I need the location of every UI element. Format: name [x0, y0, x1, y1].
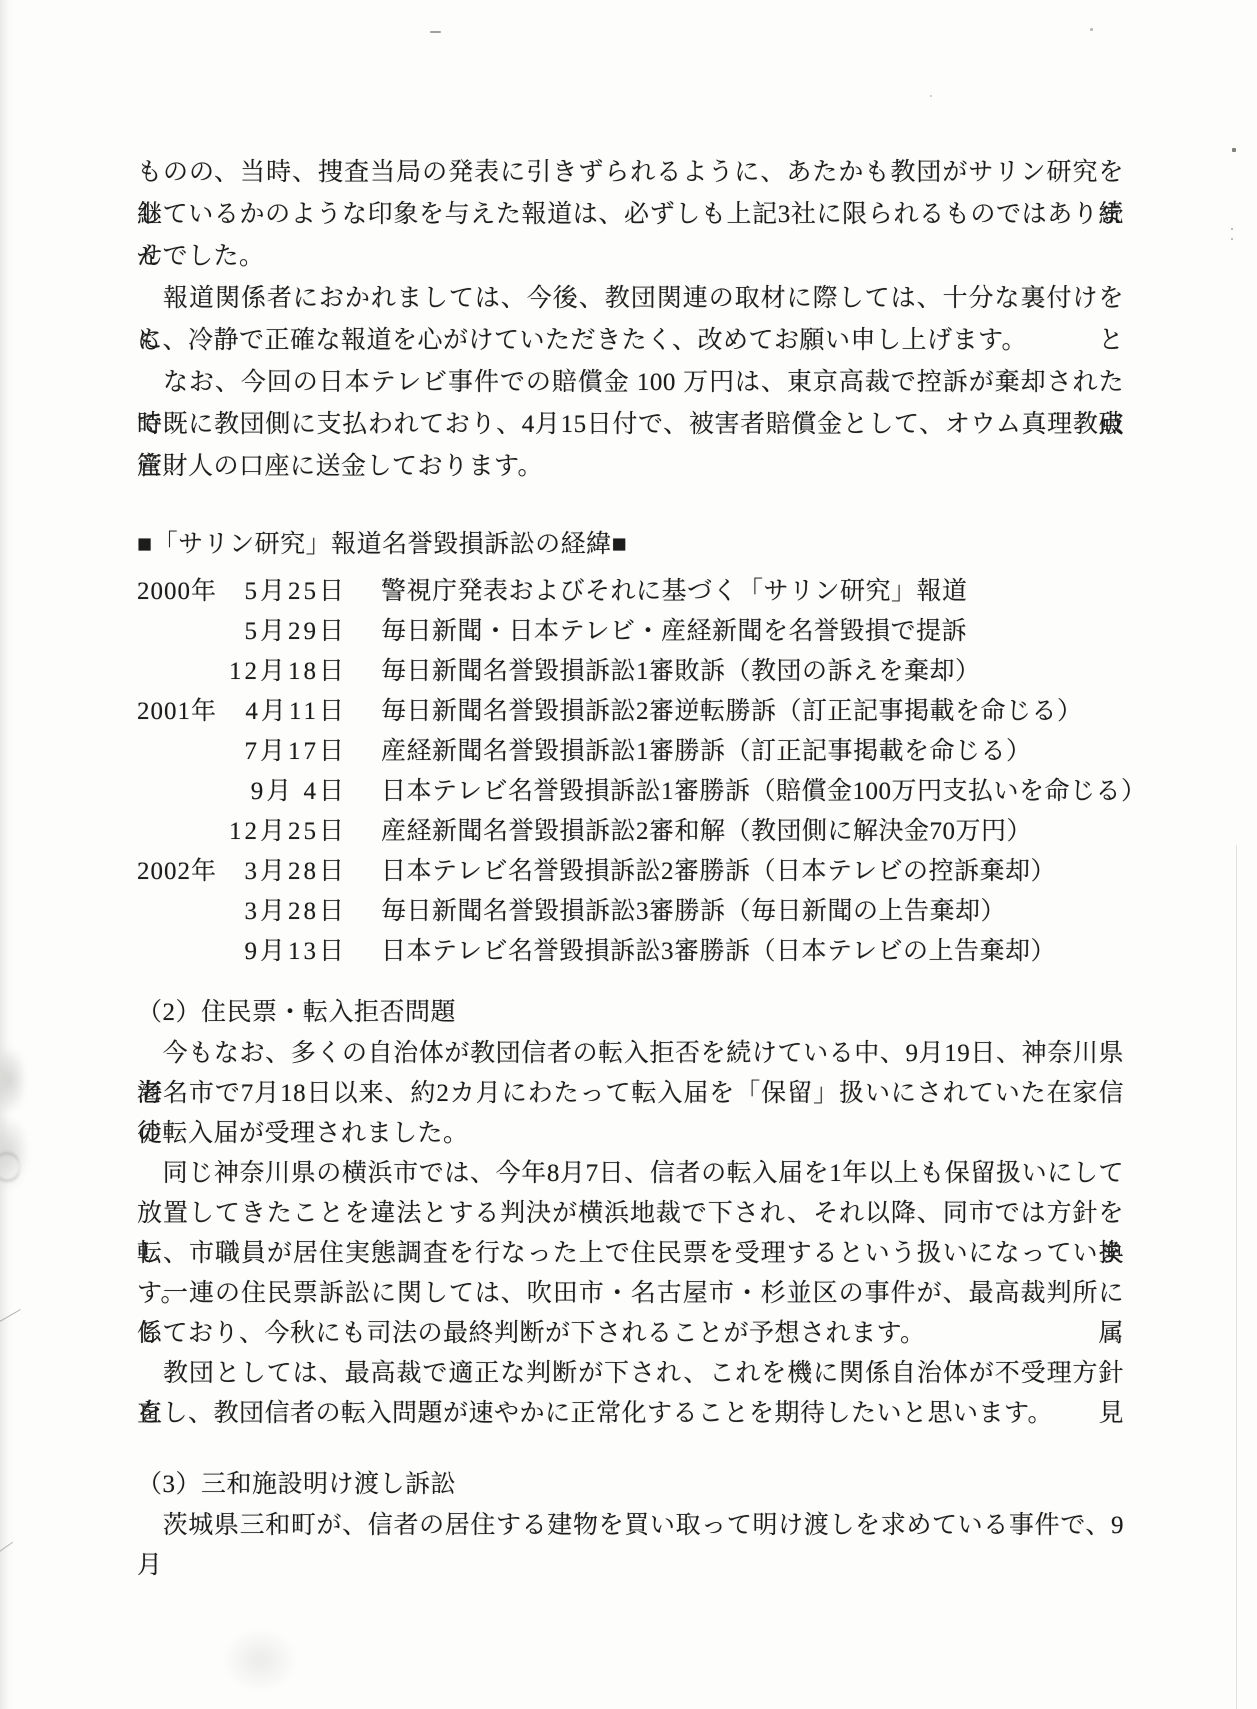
scan-edge-shadow	[0, 0, 14, 1709]
text-line: 直し、教団信者の転入問題が速やかに正常化することを期待したいと思います。	[137, 1394, 1124, 1434]
scan-smudge	[0, 1150, 20, 1184]
spacer	[137, 1434, 1124, 1464]
spacer	[137, 488, 1124, 524]
scan-speck	[1232, 148, 1236, 152]
timeline-row: 2002年3月28日日本テレビ名誉毀損訴訟2審勝訴（日本テレビの控訴棄却）	[137, 852, 1124, 892]
lawsuit-timeline: 2000年5月25日警視庁発表およびそれに基づく「サリン研究」報道5月29日毎日…	[137, 572, 1124, 972]
text-line: しているかのような印象を与えた報道は、必ずしも上記3社に限られるものではありませ	[137, 194, 1124, 236]
document-content: ものの、当時、捜査当局の発表に引きずられるように、あたかも教団がサリン研究を継続…	[137, 152, 1124, 1546]
timeline-event: 日本テレビ名誉毀損訴訟3審勝訴（日本テレビの上告棄却）	[347, 932, 1124, 972]
timeline-year	[137, 812, 219, 852]
intro-paragraphs: ものの、当時、捜査当局の発表に引きずられるように、あたかも教団がサリン研究を継続…	[137, 152, 1124, 488]
scan-scratch	[0, 1542, 13, 1553]
timeline-date: 4月11日	[219, 692, 347, 732]
text-line: ものの、当時、捜査当局の発表に引きずられるように、あたかも教団がサリン研究を継続	[137, 152, 1124, 194]
sanwa-facility-paragraphs: 茨城県三和町が、信者の居住する建物を買い取って明け渡しを求めている事件で、9月	[137, 1506, 1124, 1546]
timeline-row: 5月29日毎日新聞・日本テレビ・産経新聞を名誉毀損で提訴	[137, 612, 1124, 652]
timeline-row: 7月17日産経新聞名誉毀損訴訟1審勝訴（訂正記事掲載を命じる）	[137, 732, 1124, 772]
text-line: 報道関係者におかれましては、今後、教団関連の取材に際しては、十分な裏付けをもと	[137, 278, 1124, 320]
timeline-row: 3月28日毎日新聞名誉毀損訴訟3審勝訴（毎日新聞の上告棄却）	[137, 892, 1124, 932]
resident-registration-paragraphs: 今もなお、多くの自治体が教団信者の転入拒否を続けている中、9月19日、神奈川県海…	[137, 1034, 1124, 1434]
text-line: し、市職員が居住実態調査を行なった上で住民票を受理するという扱いになっています。	[137, 1234, 1124, 1274]
timeline-event: 毎日新聞・日本テレビ・産経新聞を名誉毀損で提訴	[347, 612, 1124, 652]
timeline-event: 毎日新聞名誉毀損訴訟2審逆転勝訴（訂正記事掲載を命じる）	[347, 692, 1124, 732]
text-line: 一連の住民票訴訟に関しては、吹田市・名古屋市・杉並区の事件が、最高裁判所に係属	[137, 1274, 1124, 1314]
timeline-row: 9月13日日本テレビ名誉毀損訴訟3審勝訴（日本テレビの上告棄却）	[137, 932, 1124, 972]
timeline-year: 2001年	[137, 692, 219, 732]
sanwa-facility-heading: （3）三和施設明け渡し訴訟	[137, 1464, 1124, 1506]
timeline-date: 7月17日	[219, 732, 347, 772]
scan-speck	[1231, 228, 1233, 230]
scan-scratch	[0, 1309, 21, 1323]
timeline-year	[137, 732, 219, 772]
timeline-event: 警視庁発表およびそれに基づく「サリン研究」報道	[347, 572, 1124, 612]
timeline-row: 2001年4月11日毎日新聞名誉毀損訴訟2審逆転勝訴（訂正記事掲載を命じる）	[137, 692, 1124, 732]
sarin-lawsuits-heading: ■「サリン研究」報道名誉毀損訴訟の経緯■	[137, 524, 1124, 566]
resident-registration-heading: （2）住民票・転入拒否問題	[137, 992, 1124, 1034]
timeline-year	[137, 892, 219, 932]
scan-smudge	[225, 1630, 295, 1690]
timeline-year: 2000年	[137, 572, 219, 612]
timeline-date: 9月13日	[219, 932, 347, 972]
timeline-date: 3月28日	[219, 892, 347, 932]
timeline-date: 5月25日	[219, 572, 347, 612]
timeline-date: 3月28日	[219, 852, 347, 892]
scan-speck	[1231, 238, 1233, 240]
timeline-event: 日本テレビ名誉毀損訴訟1審勝訴（賠償金100万円支払いを命じる）	[347, 772, 1147, 812]
scan-smudge	[0, 1048, 26, 1112]
timeline-year	[137, 612, 219, 652]
timeline-event: 産経新聞名誉毀損訴訟2審和解（教団側に解決金70万円）	[347, 812, 1124, 852]
timeline-date: 12月25日	[219, 812, 347, 852]
timeline-year	[137, 652, 219, 692]
text-line: んでした。	[137, 236, 1124, 278]
text-line: の転入届が受理されました。	[137, 1114, 1124, 1154]
timeline-year	[137, 932, 219, 972]
scan-speck	[1090, 28, 1093, 31]
timeline-date: 9月 4日	[219, 772, 347, 812]
timeline-year	[137, 772, 219, 812]
scan-fold-line	[1236, 845, 1237, 1709]
text-line: 教団としては、最高裁で適正な判断が下され、これを機に関係自治体が不受理方針を見	[137, 1354, 1124, 1394]
text-line: 今もなお、多くの自治体が教団信者の転入拒否を続けている中、9月19日、神奈川県海	[137, 1034, 1124, 1074]
timeline-event: 産経新聞名誉毀損訴訟1審勝訴（訂正記事掲載を命じる）	[347, 732, 1124, 772]
timeline-event: 毎日新聞名誉毀損訴訟1審敗訴（教団の訴えを棄却）	[347, 652, 1124, 692]
timeline-row: 2000年5月25日警視庁発表およびそれに基づく「サリン研究」報道	[137, 572, 1124, 612]
scan-smudge	[0, 1118, 28, 1188]
text-line: 同じ神奈川県の横浜市では、今年8月7日、信者の転入届を1年以上も保留扱いにして	[137, 1154, 1124, 1194]
timeline-event: 毎日新聞名誉毀損訴訟3審勝訴（毎日新聞の上告棄却）	[347, 892, 1124, 932]
text-line: に、冷静で正確な報道を心がけていただきたく、改めてお願い申し上げます。	[137, 320, 1124, 362]
timeline-date: 5月29日	[219, 612, 347, 652]
timeline-row: 9月 4日日本テレビ名誉毀損訴訟1審勝訴（賠償金100万円支払いを命じる）	[137, 772, 1124, 812]
timeline-event: 日本テレビ名誉毀損訴訟2審勝訴（日本テレビの控訴棄却）	[347, 852, 1124, 892]
timeline-row: 12月25日産経新聞名誉毀損訴訟2審和解（教団側に解決金70万円）	[137, 812, 1124, 852]
text-line: で既に教団側に支払われており、4月15日付で、被害者賠償金として、オウム真理教破…	[137, 404, 1124, 446]
timeline-year: 2002年	[137, 852, 219, 892]
text-line: 放置してきたことを違法とする判決が横浜地裁で下され、それ以降、同市では方針を転換	[137, 1194, 1124, 1234]
spacer	[137, 972, 1124, 992]
timeline-date: 12月18日	[219, 652, 347, 692]
text-line: 老名市で7月18日以来、約2カ月にわたって転入届を「保留」扱いにされていた在家信…	[137, 1074, 1124, 1114]
scan-speck	[430, 31, 441, 33]
text-line: 茨城県三和町が、信者の居住する建物を買い取って明け渡しを求めている事件で、9月	[137, 1506, 1124, 1546]
timeline-row: 12月18日毎日新聞名誉毀損訴訟1審敗訴（教団の訴えを棄却）	[137, 652, 1124, 692]
scan-speck	[930, 95, 932, 97]
text-line: 管財人の口座に送金しております。	[137, 446, 1124, 488]
text-line: なお、今回の日本テレビ事件での賠償金 100 万円は、東京高裁で控訴が棄却された…	[137, 362, 1124, 404]
scanned-document-page: ものの、当時、捜査当局の発表に引きずられるように、あたかも教団がサリン研究を継続…	[0, 0, 1257, 1709]
